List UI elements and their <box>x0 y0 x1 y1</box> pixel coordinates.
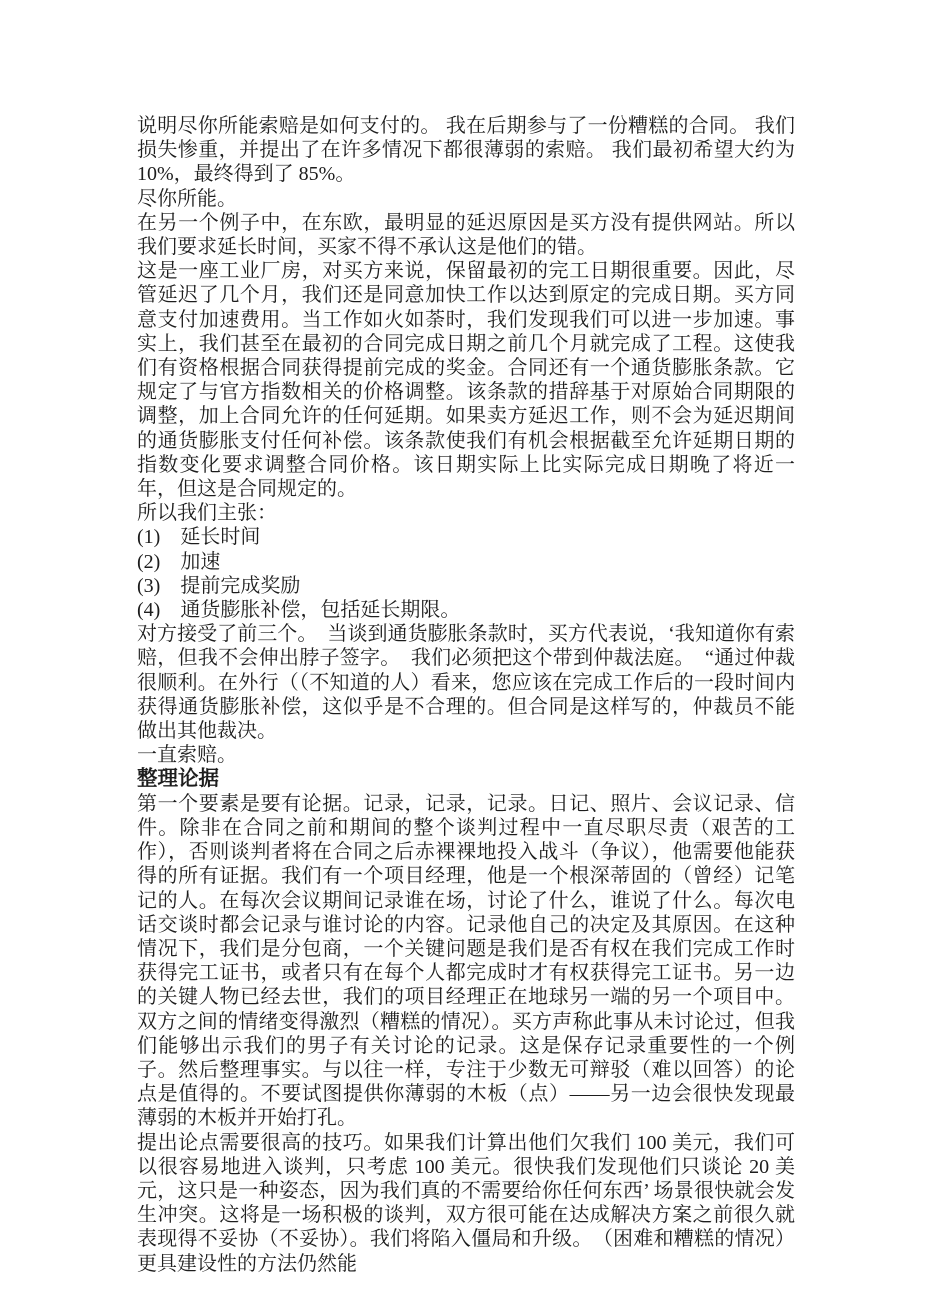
paragraph-claim-payment: 说明尽你所能索赔是如何支付的。 我在后期参与了一份糟糕的合同。 我们损失惨重，并… <box>137 114 795 187</box>
paragraph-arbitration-outcome: 对方接受了前三个。 当谈到通货膨胀条款时，买方代表说，‘我知道你有索赔，但我不会… <box>137 622 795 743</box>
list-item-3-early-completion-bonus: (3) 提前完成奖励 <box>137 574 795 598</box>
paragraph-best-you-can: 尽你所能。 <box>137 187 795 211</box>
paragraph-record-keeping: 第一个要素是要有论据。记录，记录，记录。日记、照片、会议记录、信件。除非在合同之… <box>137 792 795 1131</box>
list-item-2-acceleration: (2) 加速 <box>137 550 795 574</box>
section-heading-organize-arguments: 整理论据 <box>137 767 795 791</box>
paragraph-claims-lead-in: 所以我们主张： <box>137 501 795 525</box>
paragraph-always-claim: 一直索赔。 <box>137 743 795 767</box>
paragraph-industrial-plant-case: 这是一座工业厂房，对买方来说，保留最初的完工日期很重要。因此，尽管延迟了几个月，… <box>137 259 795 501</box>
paragraph-presenting-arguments: 提出论点需要很高的技巧。如果我们计算出他们欠我们 100 美元，我们可以很容易地… <box>137 1131 795 1276</box>
document-page: 说明尽你所能索赔是如何支付的。 我在后期参与了一份糟糕的合同。 我们损失惨重，并… <box>0 0 926 1309</box>
paragraph-eastern-europe-example: 在另一个例子中，在东欧，最明显的延迟原因是买方没有提供网站。所以我们要求延长时间… <box>137 211 795 259</box>
list-item-4-inflation-compensation: (4) 通货膨胀补偿，包括延长期限。 <box>137 598 795 622</box>
list-item-1-time-extension: (1) 延长时间 <box>137 525 795 549</box>
document-text-block: 说明尽你所能索赔是如何支付的。 我在后期参与了一份糟糕的合同。 我们损失惨重，并… <box>137 114 795 1276</box>
